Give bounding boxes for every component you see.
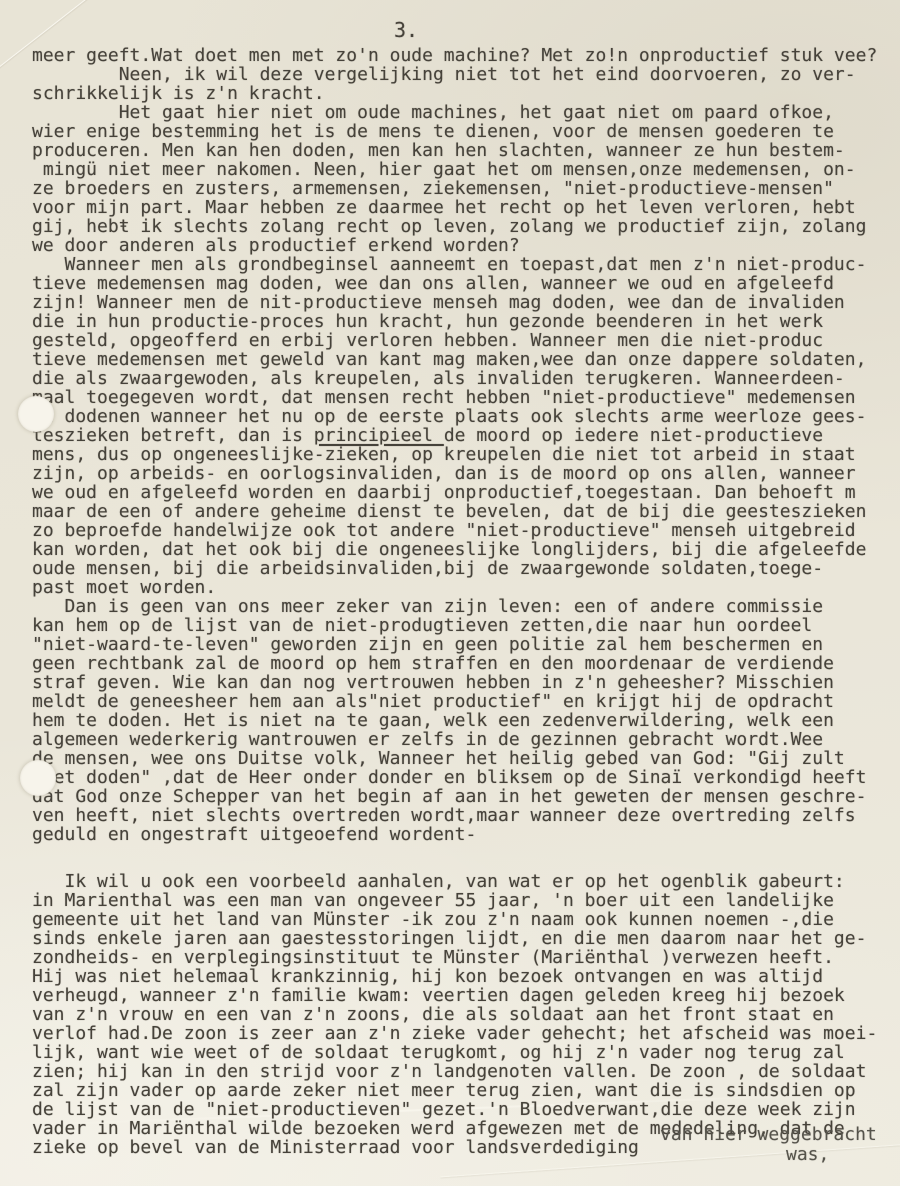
text-line: schrikkelijk is z'n kracht. bbox=[32, 84, 877, 103]
text-line: gemeente uit het land van Münster -ik zo… bbox=[32, 910, 877, 929]
text-line: algemeen wederkerig wantrouwen er zelfs … bbox=[32, 730, 877, 749]
text-line: sinds enkele jaren aan gaestesstoringen … bbox=[32, 929, 877, 948]
text-line: Hij was niet helemaal krankzinnig, hij k… bbox=[32, 967, 877, 986]
text-line: oude mensen, bij die arbeidsinvaliden,bi… bbox=[32, 559, 877, 578]
document-page: 3. meer geeft.Wat doet men met zo'n oude… bbox=[0, 0, 900, 1186]
typewritten-text: meer geeft.Wat doet men met zo'n oude ma… bbox=[32, 46, 877, 1157]
text-line: lijk, want wie weet of de soldaat terugk… bbox=[32, 1043, 877, 1062]
text-line: de lijst van de "niet-productieven" geze… bbox=[32, 1100, 877, 1119]
text-line: in Marienthal was een man van ongeveer 5… bbox=[32, 891, 877, 910]
text-line: Dan is geen van ons meer zeker van zijn … bbox=[32, 597, 877, 616]
text-line: tieve medemensen met geweld van kant mag… bbox=[32, 350, 877, 369]
text-line: hem te doden. Het is niet na te gaan, we… bbox=[32, 711, 877, 730]
text-line: mens, dus op ongeneeslijke-zieken, op kr… bbox=[32, 445, 877, 464]
paragraphs-machines-and-people: meer geeft.Wat doet men met zo'n oude ma… bbox=[32, 46, 877, 597]
text-line: we door anderen als productief erkend wo… bbox=[32, 236, 877, 255]
text-line: straf geven. Wie kan dan nog vertrouwen … bbox=[32, 673, 877, 692]
paragraph-no-one-safe: Dan is geen van ons meer zeker van zijn … bbox=[32, 597, 877, 844]
punch-hole-top bbox=[18, 396, 54, 432]
text-line: meldt de geneesheer hem aan als"niet pro… bbox=[32, 692, 877, 711]
text-line: de mensen, wee ons Duitse volk, Wanneer … bbox=[32, 749, 877, 768]
text-line: maar de een of andere geheime dienst te … bbox=[32, 502, 877, 521]
text-line: gesteld, opgeofferd en erbij verloren he… bbox=[32, 331, 877, 350]
text-line: past moet worden. bbox=[32, 578, 877, 597]
text-segment: teszieken betreft, dan is bbox=[32, 425, 314, 446]
punch-hole-bottom bbox=[20, 760, 56, 796]
text-line: Het gaat hier niet om oude machines, het… bbox=[32, 103, 877, 122]
text-line: die in hun productie-proces hun kracht, … bbox=[32, 312, 877, 331]
text-line: dat God onze Schepper van het begin af a… bbox=[32, 787, 877, 806]
text-line: maal toegegeven wordt, dat mensen recht … bbox=[32, 388, 877, 407]
text-line: zondheids- en verplegingsinstituut te Mü… bbox=[32, 948, 877, 967]
text-line: zijn, op arbeids- en oorlogsinvaliden, d… bbox=[32, 464, 877, 483]
text-line: wier enige bestemming het is de mens te … bbox=[32, 122, 877, 141]
page-number: 3. bbox=[394, 18, 418, 42]
text-line: zo beproefde handelwijze ook tot andere … bbox=[32, 521, 877, 540]
text-line: zien; hij kan in den strijd voor z'n lan… bbox=[32, 1062, 877, 1081]
text-line: die als zwaargewoden, als kreupelen, als… bbox=[32, 369, 877, 388]
text-line: "niet-waard-te-leven" geworden zijn en g… bbox=[32, 635, 877, 654]
text-line: te dodenen wanneer het nu op de eerste p… bbox=[32, 407, 877, 426]
tail-line-weggebracht: van hier weggebracht bbox=[660, 1124, 877, 1145]
text-line: verlof had.De zoon is zeer aan z'n zieke… bbox=[32, 1024, 877, 1043]
text-line: geen rechtbank zal de moord op hem straf… bbox=[32, 654, 877, 673]
text-line: kan worden, dat het ook bij die ongenees… bbox=[32, 540, 877, 559]
text-line: Ik wil u ook een voorbeeld aanhalen, van… bbox=[32, 872, 877, 891]
text-line: Wanneer men als grondbeginsel aanneemt e… bbox=[32, 255, 877, 274]
text-line: zal zijn vader op aarde zeker niet meer … bbox=[32, 1081, 877, 1100]
text-line: produceren. Men kan hen doden, men kan h… bbox=[32, 141, 877, 160]
text-line: tieve medemensen mag doden, wee dan ons … bbox=[32, 274, 877, 293]
text-line: kan hem op de lijst van de niet-produgti… bbox=[32, 616, 877, 635]
text-line: ze broeders en zusters, armemensen, ziek… bbox=[32, 179, 877, 198]
text-line: niet doden" ,dat de Heer onder donder en… bbox=[32, 768, 877, 787]
text-line: mingü niet meer nakomen. Neen, hier gaat… bbox=[32, 160, 877, 179]
tail-line-was: was, bbox=[786, 1144, 829, 1165]
text-line: ven heeft, niet slechts overtreden wordt… bbox=[32, 806, 877, 825]
text-line: meer geeft.Wat doet men met zo'n oude ma… bbox=[32, 46, 877, 65]
text-line: zijn! Wanneer men de nit-productieve men… bbox=[32, 293, 877, 312]
text-line: voor mijn part. Maar hebben ze daarmee h… bbox=[32, 198, 877, 217]
text-line: van z'n vrouw en een van z'n zoons, die … bbox=[32, 1005, 877, 1024]
text-line: gij, hebŧ ik slechts zolang recht op lev… bbox=[32, 217, 877, 236]
text-line: Neen, ik wil deze vergelijking niet tot … bbox=[32, 65, 877, 84]
text-line: geduld en ongestraft uitgeoefend wordent… bbox=[32, 825, 877, 844]
text-segment: de moord op iedere niet-productieve bbox=[444, 425, 823, 446]
text-line: verheugd, wanneer z'n familie kwam: veer… bbox=[32, 986, 877, 1005]
paragraph-marienthal-example: Ik wil u ook een voorbeeld aanhalen, van… bbox=[32, 872, 877, 1157]
text-line: teszieken betreft, dan is principieel de… bbox=[32, 426, 877, 445]
underlined-word: principieel bbox=[314, 425, 444, 446]
text-line: we oud en afgeleefd worden en daarbij on… bbox=[32, 483, 877, 502]
